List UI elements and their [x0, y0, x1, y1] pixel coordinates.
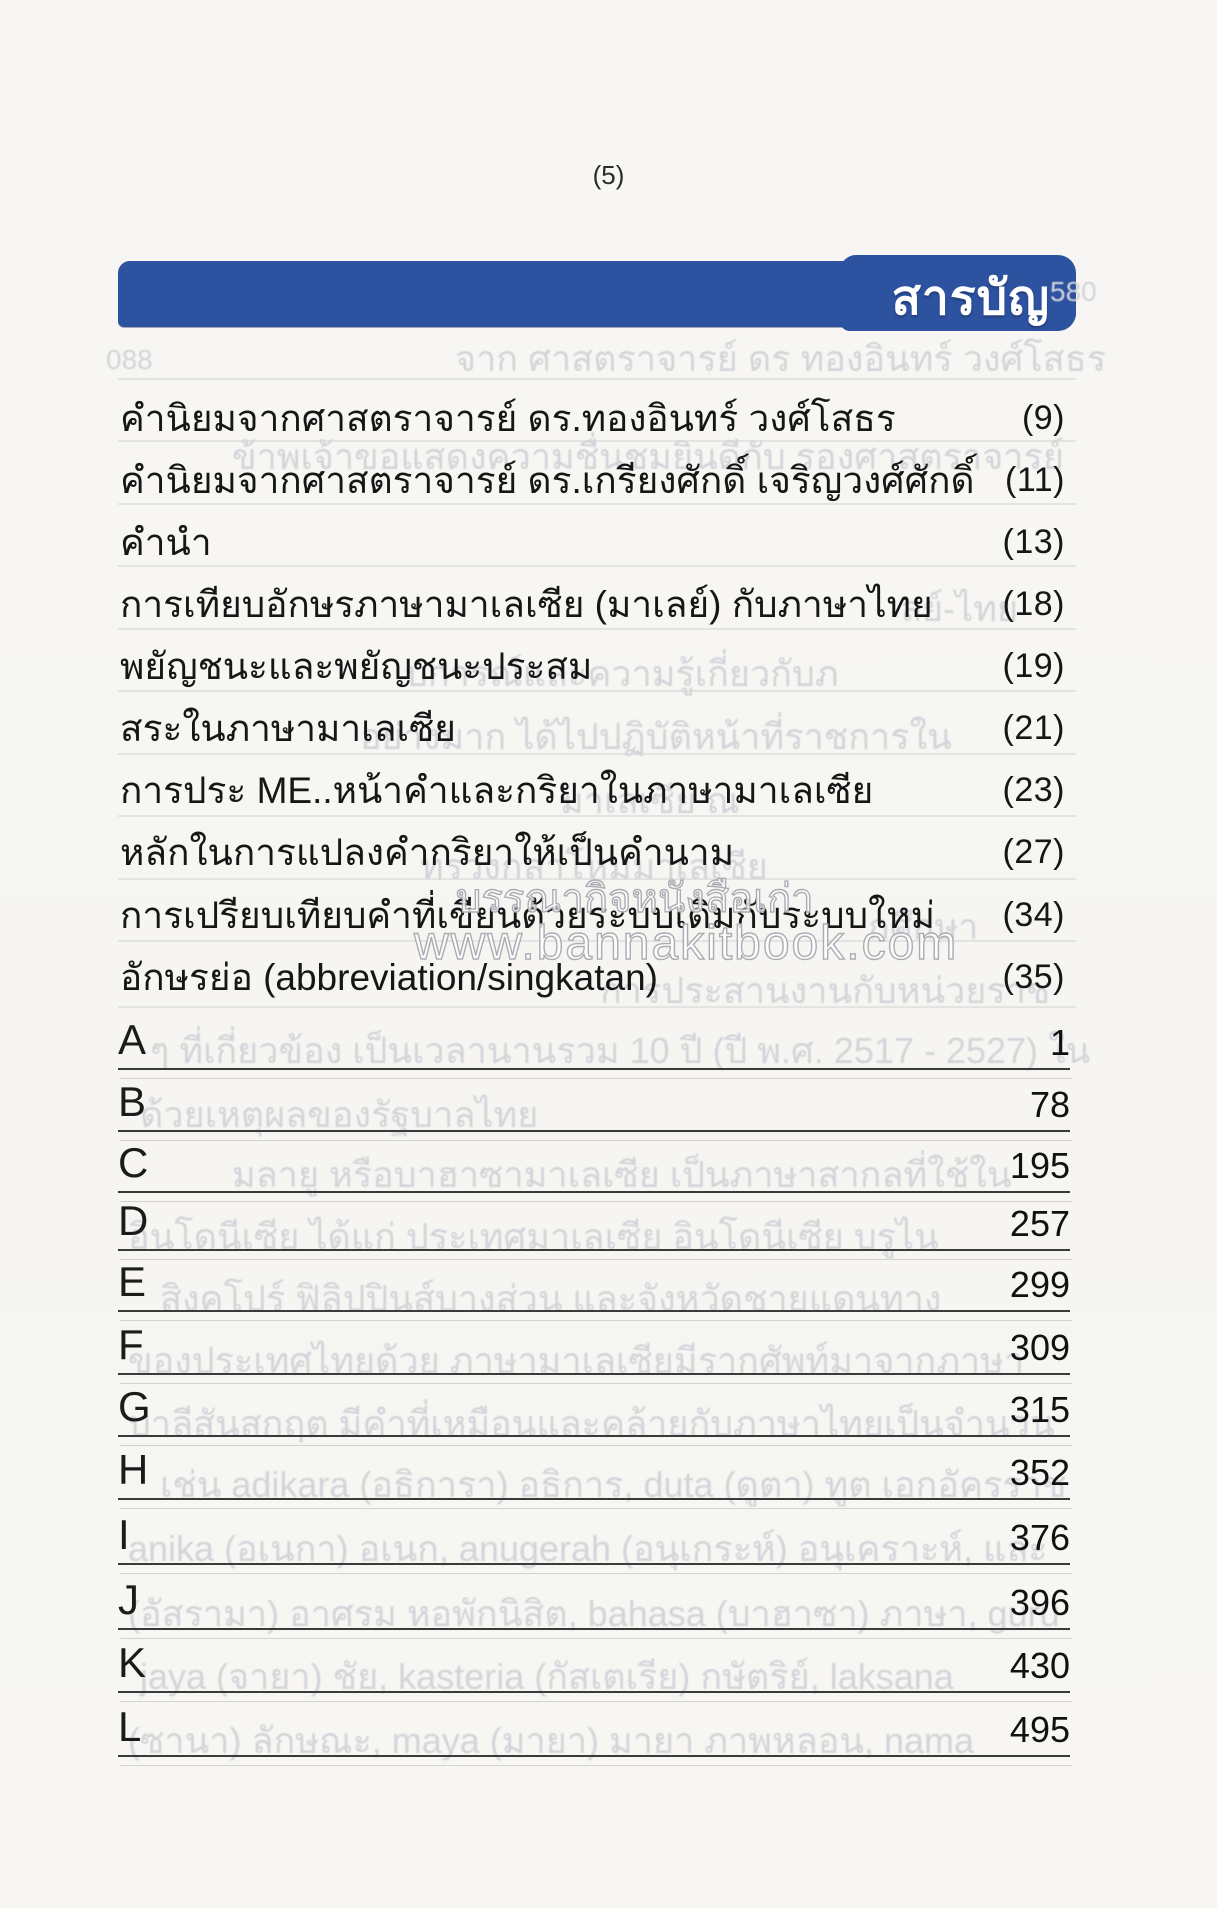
toc-entry-page: (23)	[1003, 771, 1065, 810]
index-letter-page: 1	[1050, 1022, 1070, 1064]
index-letter: F	[118, 1321, 144, 1369]
index-letter-row: H 352	[118, 1444, 1070, 1500]
toc-entry-row: การเทียบอักษรภาษามาเลเซีย (มาเลย์) กับภา…	[120, 576, 1065, 632]
index-letter: A	[118, 1016, 146, 1064]
toc-entry-page: (13)	[1003, 523, 1065, 562]
scanned-page: (5) 580 จาก ศาสตราจารย์ ดร ทองอินทร์ วงศ…	[0, 0, 1217, 1908]
index-letter-row: F 309	[118, 1319, 1070, 1375]
index-letter-page: 309	[1010, 1327, 1070, 1369]
index-letter-page: 299	[1010, 1264, 1070, 1306]
toc-entry-page: (18)	[1003, 585, 1065, 624]
index-letter-page: 396	[1010, 1582, 1070, 1624]
toc-entry-row: คำนิยมจากศาสตราจารย์ ดร.ทองอินทร์ วงศ์โส…	[120, 390, 1065, 446]
toc-entry-row: คำนิยมจากศาสตราจารย์ ดร.เกรียงศักดิ์ เจร…	[120, 452, 1065, 508]
bleed-text: จาก ศาสตราจารย์ ดร ทองอินทร์ วงศ์โสธร	[455, 330, 1106, 387]
bleed-text: 580	[1050, 276, 1097, 308]
index-letter: B	[118, 1078, 146, 1126]
toc-entry-title: สระในภาษามาเลเซีย	[120, 699, 456, 758]
toc-entry-page: (27)	[1003, 833, 1065, 872]
index-letter: H	[118, 1446, 148, 1494]
toc-header-bar: สารบัญ	[118, 261, 1076, 327]
toc-entry-title: พยัญชนะและพยัญชนะประสม	[120, 637, 592, 696]
index-letter: I	[118, 1511, 130, 1559]
index-letter-page: 257	[1010, 1203, 1070, 1245]
toc-entry-title: การประ ME..หน้าคำและกริยาในภาษามาเลเซีย	[120, 761, 873, 820]
index-letter-page: 430	[1010, 1645, 1070, 1687]
toc-entry-page: (9)	[1022, 399, 1065, 438]
index-letter-row: A 1	[118, 1014, 1070, 1070]
index-letter: J	[118, 1576, 139, 1624]
index-letter-page: 352	[1010, 1452, 1070, 1494]
index-letter-row: J 396	[118, 1574, 1070, 1630]
index-letter-page: 78	[1030, 1084, 1070, 1126]
toc-header-title: สารบัญ	[892, 263, 1050, 335]
index-letter-row: B 78	[118, 1076, 1070, 1132]
index-letter-row: C 195	[118, 1137, 1070, 1193]
toc-entry-page: (11)	[1005, 461, 1065, 500]
toc-entry-page: (19)	[1003, 647, 1065, 686]
index-letter: D	[118, 1197, 148, 1245]
toc-entry-row: สระในภาษามาเลเซีย (21)	[120, 700, 1065, 756]
toc-entry-page: (34)	[1003, 896, 1065, 935]
index-letter-row: D 257	[118, 1195, 1070, 1251]
index-letter-page: 495	[1010, 1709, 1070, 1751]
index-letter-row: E 299	[118, 1256, 1070, 1312]
index-letter: G	[118, 1383, 151, 1431]
toc-entry-page: (21)	[1003, 709, 1065, 748]
index-letter: C	[118, 1139, 148, 1187]
index-letter: L	[118, 1703, 141, 1751]
toc-entry-row: พยัญชนะและพยัญชนะประสม (19)	[120, 638, 1065, 694]
bleed-text: 088	[106, 344, 153, 376]
index-letter-row: K 430	[118, 1637, 1070, 1693]
page-number: (5)	[0, 160, 1217, 191]
toc-entry-title: การเทียบอักษรภาษามาเลเซีย (มาเลย์) กับภา…	[120, 575, 933, 634]
toc-entry-title: คำนิยมจากศาสตราจารย์ ดร.เกรียงศักดิ์ เจร…	[120, 451, 975, 510]
index-letter: K	[118, 1639, 146, 1687]
toc-entry-title: คำนิยมจากศาสตราจารย์ ดร.ทองอินทร์ วงศ์โส…	[120, 389, 896, 448]
toc-entry-page: (35)	[1003, 958, 1065, 997]
index-letter-row: L 495	[118, 1701, 1070, 1757]
index-letter-row: G 315	[118, 1381, 1070, 1437]
watermark-website: www.bannakitbook.com	[414, 916, 958, 971]
index-letter-page: 195	[1010, 1145, 1070, 1187]
index-letter-page: 315	[1010, 1389, 1070, 1431]
index-letter: E	[118, 1258, 146, 1306]
toc-entry-row: คำนำ (13)	[120, 514, 1065, 570]
toc-entry-row: การประ ME..หน้าคำและกริยาในภาษามาเลเซีย …	[120, 762, 1065, 818]
index-letter-page: 376	[1010, 1517, 1070, 1559]
index-letter-row: I 376	[118, 1509, 1070, 1565]
toc-entry-title: คำนำ	[120, 513, 212, 572]
